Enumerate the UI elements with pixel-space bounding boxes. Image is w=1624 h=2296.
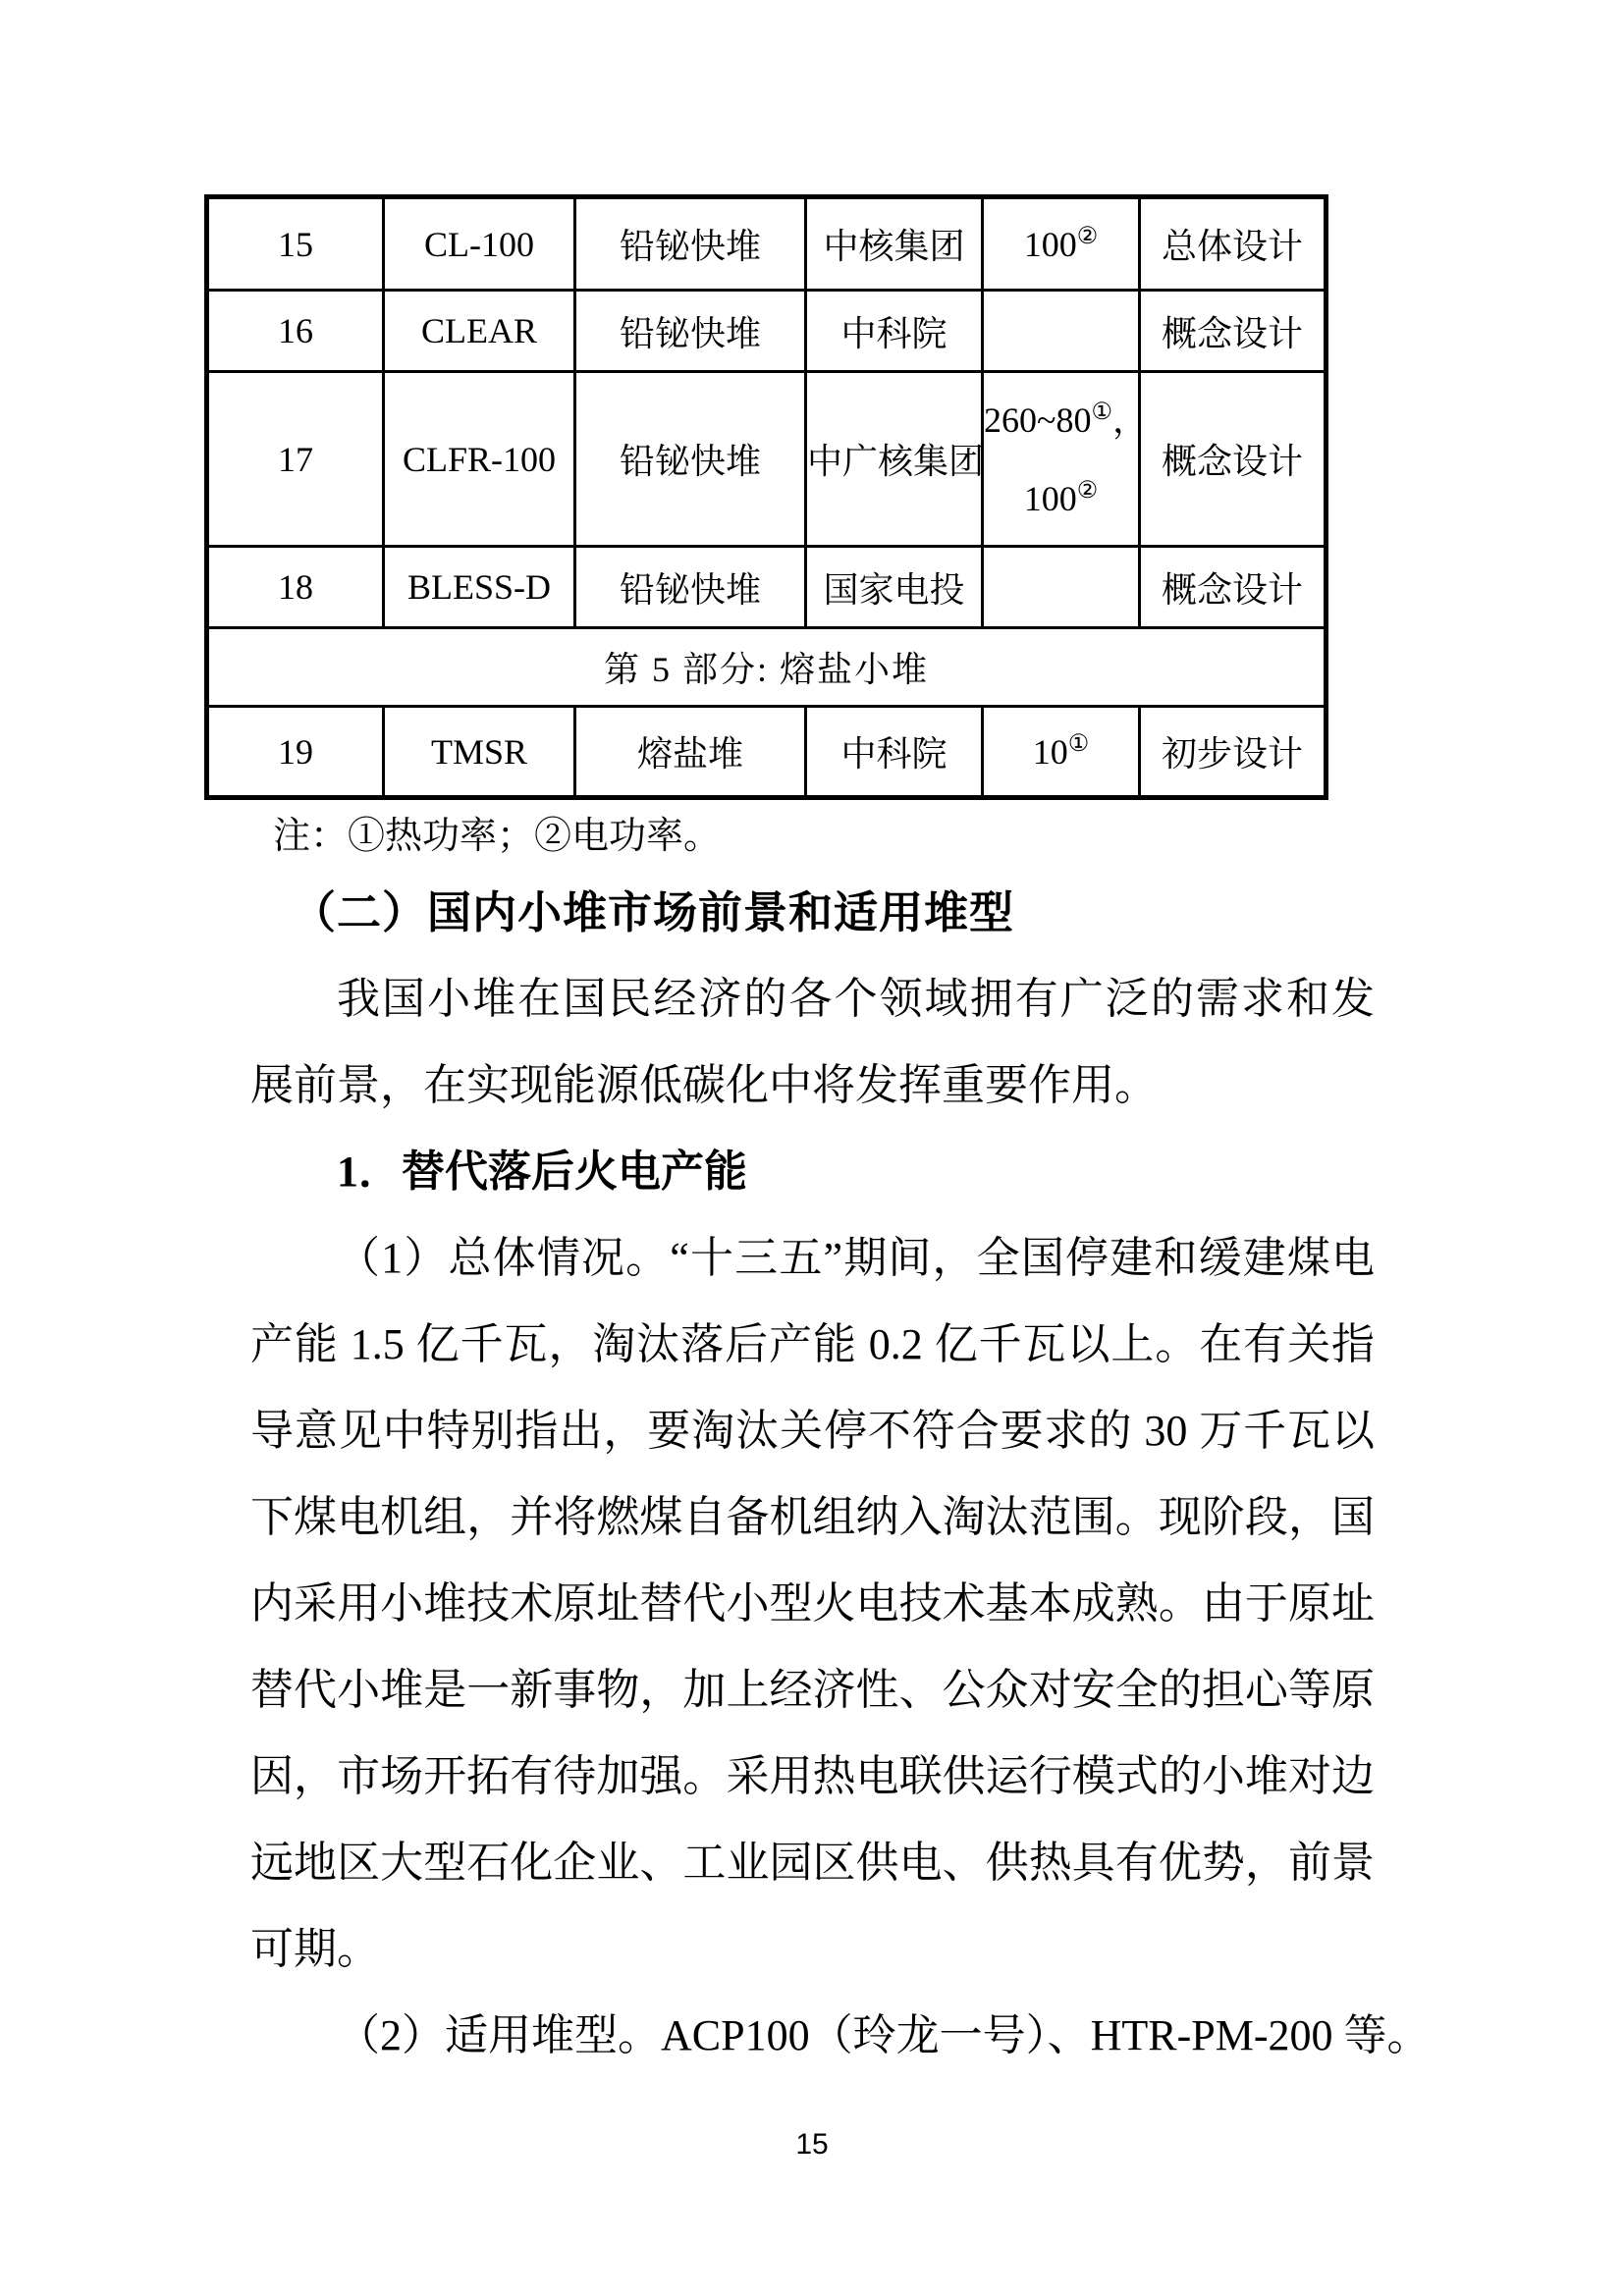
- body-line: （1）总体情况。“十三五”期间，全国停建和缓建煤电: [250, 1215, 1375, 1302]
- sub-heading: 1．替代落后火电产能: [250, 1129, 1375, 1215]
- section-label: 第 5 部分: 熔盐小堆: [207, 628, 1326, 707]
- power-value: 100: [1024, 225, 1077, 264]
- document-page: 15 CL-100 铅铋快堆 中核集团 100② 总体设计 16 CLEAR 铅…: [0, 0, 1624, 2296]
- cell-type: 熔盐堆: [575, 707, 806, 798]
- section-heading: （二）国内小堆市场前景和适用堆型: [250, 870, 1375, 956]
- body-line: 展前景，在实现能源低碳化中将发挥重要作用。: [250, 1042, 1375, 1129]
- body-line: 可期。: [250, 1906, 1375, 1993]
- cell-type: 铅铋快堆: [575, 372, 806, 547]
- cell-status: 初步设计: [1140, 707, 1326, 798]
- cell-model: CL-100: [384, 197, 575, 291]
- table-section-row: 第 5 部分: 熔盐小堆: [207, 628, 1326, 707]
- power-footnote-mark: ②: [1077, 478, 1099, 504]
- power-footnote-mark: ②: [1077, 224, 1099, 249]
- body-line: 内采用小堆技术原址替代小型火电技术基本成熟。由于原址: [250, 1561, 1375, 1647]
- cell-power: 260~80①， 100②: [983, 372, 1140, 547]
- power-line-2: 100②: [984, 459, 1138, 538]
- body-text: （二）国内小堆市场前景和适用堆型 我国小堆在国民经济的各个领域拥有广泛的需求和发…: [250, 870, 1375, 2079]
- body-line: 因，市场开拓有待加强。采用热电联供运行模式的小堆对边: [250, 1734, 1375, 1820]
- table-row-16: 16 CLEAR 铅铋快堆 中科院 概念设计: [207, 291, 1326, 372]
- body-line: 我国小堆在国民经济的各个领域拥有广泛的需求和发: [250, 956, 1375, 1042]
- table-footnote: 注：①热功率；②电功率。: [273, 811, 721, 862]
- cell-model: TMSR: [384, 707, 575, 798]
- cell-org: 中广核集团: [806, 372, 983, 547]
- cell-org: 中科院: [806, 707, 983, 798]
- page-number: 15: [0, 2128, 1624, 2162]
- cell-no: 15: [207, 197, 384, 291]
- power-line-1: 260~80①，: [984, 381, 1138, 459]
- reactor-table-wrap: 15 CL-100 铅铋快堆 中核集团 100② 总体设计 16 CLEAR 铅…: [204, 194, 1328, 800]
- table-row-15: 15 CL-100 铅铋快堆 中核集团 100② 总体设计: [207, 197, 1326, 291]
- cell-status: 概念设计: [1140, 547, 1326, 628]
- cell-power: [983, 547, 1140, 628]
- table-row-17: 17 CLFR-100 铅铋快堆 中广核集团 260~80①， 100② 概念设…: [207, 372, 1326, 547]
- cell-type: 铅铋快堆: [575, 291, 806, 372]
- body-line: 远地区大型石化企业、工业园区供电、供热具有优势，前景: [250, 1820, 1375, 1906]
- cell-no: 16: [207, 291, 384, 372]
- table-row-19: 19 TMSR 熔盐堆 中科院 10① 初步设计: [207, 707, 1326, 798]
- power-footnote-mark: ①: [1068, 731, 1090, 757]
- cell-no: 17: [207, 372, 384, 547]
- cell-status: 总体设计: [1140, 197, 1326, 291]
- cell-no: 18: [207, 547, 384, 628]
- cell-org: 国家电投: [806, 547, 983, 628]
- body-line: 替代小堆是一新事物，加上经济性、公众对安全的担心等原: [250, 1647, 1375, 1734]
- cell-power: [983, 291, 1140, 372]
- cell-power: 100②: [983, 197, 1140, 291]
- cell-status: 概念设计: [1140, 372, 1326, 547]
- cell-type: 铅铋快堆: [575, 547, 806, 628]
- body-line: 下煤电机组，并将燃煤自备机组纳入淘汰范围。现阶段，国: [250, 1474, 1375, 1561]
- cell-model: CLEAR: [384, 291, 575, 372]
- cell-org: 中核集团: [806, 197, 983, 291]
- table-row-18: 18 BLESS-D 铅铋快堆 国家电投 概念设计: [207, 547, 1326, 628]
- cell-type: 铅铋快堆: [575, 197, 806, 291]
- power-value: 10: [1033, 732, 1068, 772]
- body-line: 导意见中特别指出，要淘汰关停不符合要求的 30 万千瓦以: [250, 1388, 1375, 1474]
- cell-model: BLESS-D: [384, 547, 575, 628]
- cell-model: CLFR-100: [384, 372, 575, 547]
- cell-no: 19: [207, 707, 384, 798]
- cell-power: 10①: [983, 707, 1140, 798]
- cell-status: 概念设计: [1140, 291, 1326, 372]
- body-line: （2）适用堆型。ACP100（玲龙一号）、HTR-PM-200 等。: [250, 1993, 1375, 2079]
- body-line: 产能 1.5 亿千瓦，淘汰落后产能 0.2 亿千瓦以上。在有关指: [250, 1302, 1375, 1388]
- cell-org: 中科院: [806, 291, 983, 372]
- reactor-table: 15 CL-100 铅铋快堆 中核集团 100② 总体设计 16 CLEAR 铅…: [204, 194, 1328, 800]
- power-footnote-mark: ①: [1091, 400, 1112, 425]
